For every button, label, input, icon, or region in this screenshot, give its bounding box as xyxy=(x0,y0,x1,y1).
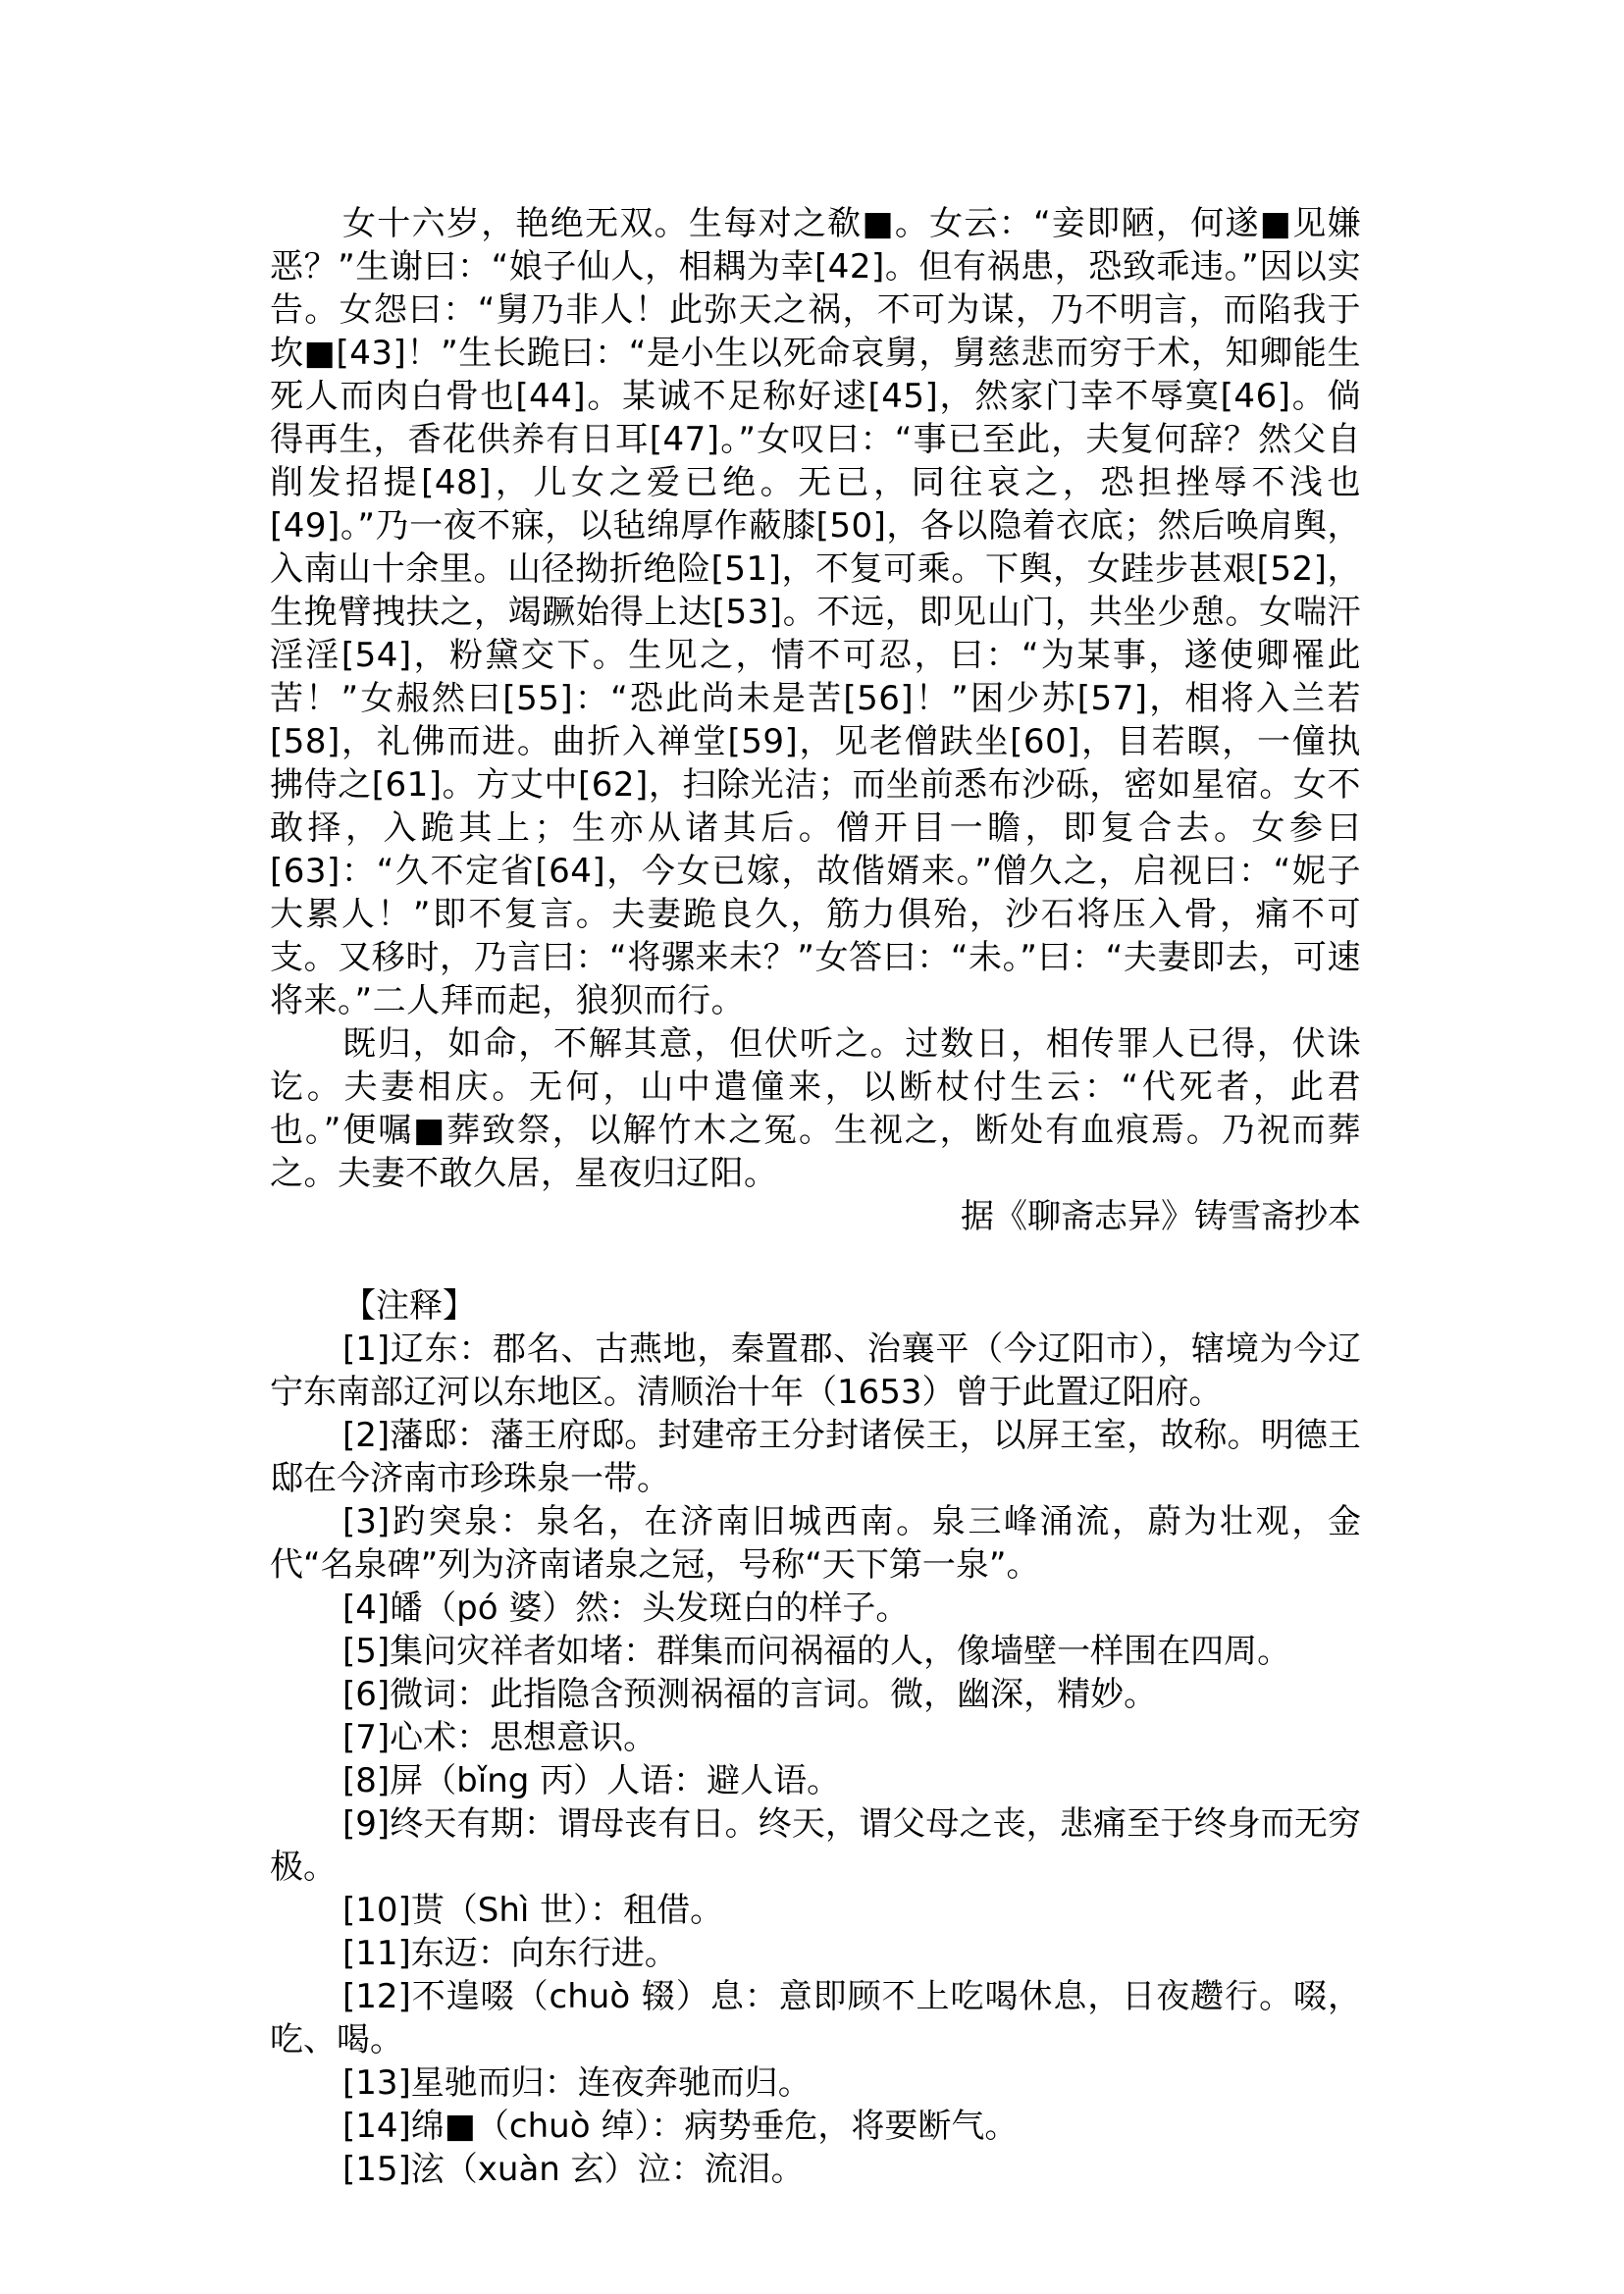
note-item: [15]泫（xuàn 玄）泣：流泪。 xyxy=(270,2148,1361,2191)
note-item: [3]趵突泉：泉名，在济南旧城西南。泉三峰涌流，蔚为壮观，金代“名泉碑”列为济南… xyxy=(270,1500,1361,1587)
note-item: [13]星驰而归：连夜奔驰而归。 xyxy=(270,2061,1361,2105)
note-item: [12]不遑啜（chuò 辍）息：意即顾不上吃喝休息，日夜趱行。啜，吃、喝。 xyxy=(270,1975,1361,2061)
note-item: [9]终天有期：谓母丧有日。终天，谓父母之丧，悲痛至于终身而无穷极。 xyxy=(270,1802,1361,1889)
note-item: [7]心术：思想意识。 xyxy=(270,1716,1361,1759)
document-page: 女十六岁，艳绝无双。生每对之欷■。女云：“妾即陋，何遂■见嫌恶？”生谢曰：“娘子… xyxy=(270,202,1361,2191)
notes-heading: 【注释】 xyxy=(270,1284,1361,1328)
note-item: [6]微词：此指隐含预测祸福的言词。微，幽深，精妙。 xyxy=(270,1673,1361,1716)
note-item: [5]集问灾祥者如堵：群集而问祸福的人，像墙壁一样围在四周。 xyxy=(270,1630,1361,1673)
story-paragraph-2: 既归，如命，不解其意，但伏听之。过数日，相传罪人已得，伏诛讫。夫妻相庆。无何，山… xyxy=(270,1022,1361,1195)
note-item: [4]皤（pó 婆）然：头发斑白的样子。 xyxy=(270,1587,1361,1630)
note-item: [11]东迈：向东行进。 xyxy=(270,1932,1361,1975)
source-citation: 据《聊斋志异》铸雪斋抄本 xyxy=(270,1195,1361,1238)
story-paragraph-1: 女十六岁，艳绝无双。生每对之欷■。女云：“妾即陋，何遂■见嫌恶？”生谢曰：“娘子… xyxy=(270,202,1361,1022)
note-item: [2]藩邸：藩王府邸。封建帝王分封诸侯王，以屏王室，故称。明德王邸在今济南市珍珠… xyxy=(270,1414,1361,1500)
note-item: [10]贳（Shì 世）：租借。 xyxy=(270,1889,1361,1932)
note-item: [8]屏（bǐng 丙）人语：避人语。 xyxy=(270,1759,1361,1802)
note-item: [1]辽东：郡名、古燕地，秦置郡、治襄平（今辽阳市），辖境为今辽宁东南部辽河以东… xyxy=(270,1328,1361,1414)
note-item: [14]绵■（chuò 绰）：病势垂危，将要断气。 xyxy=(270,2105,1361,2148)
